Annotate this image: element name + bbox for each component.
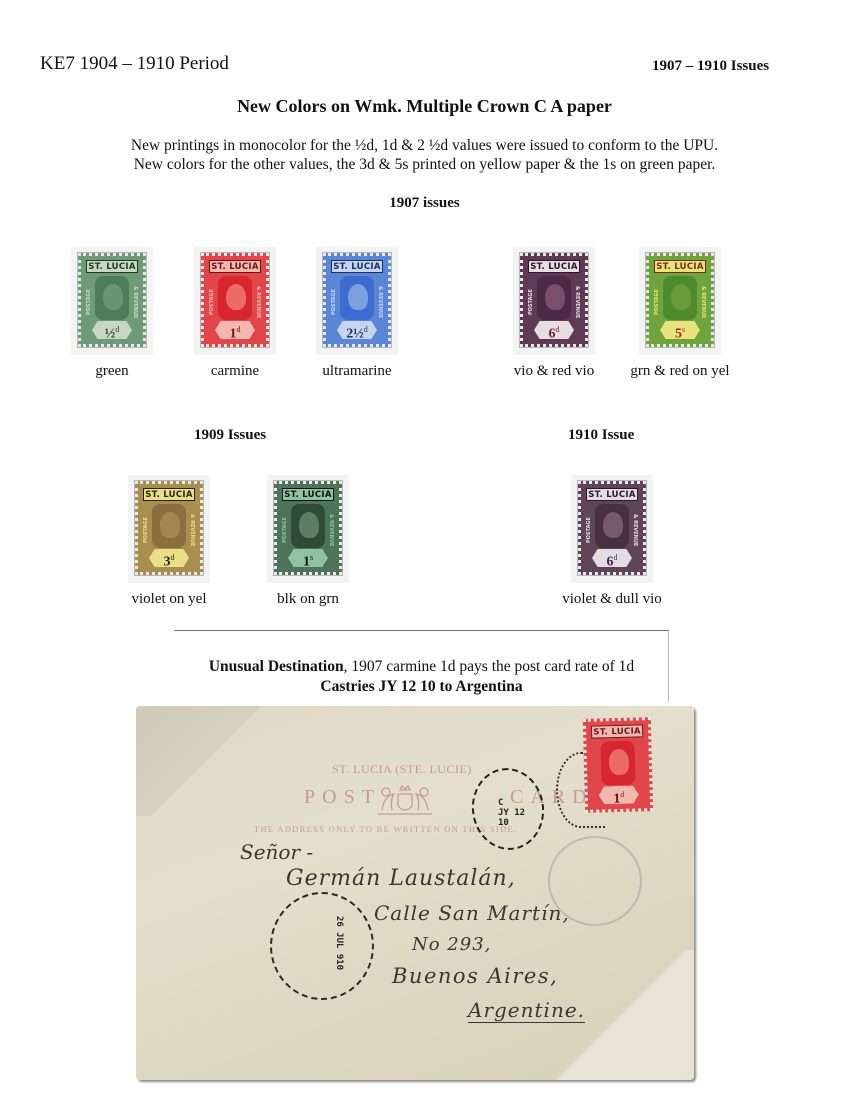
postcard-printed-post: POST [304,786,381,809]
stamp-country: ST. LUCIA [282,488,334,501]
castries-postmark-date: CJY 1210 [498,798,525,828]
stamp-side-left: POSTAGE [527,282,535,322]
king-portrait-icon [603,512,623,538]
stamp-image: ST. LUCIA POSTAGE & REVENUE ½d [78,253,146,347]
stamp-country: ST. LUCIA [654,260,706,273]
stamp-mount: ST. LUCIA POSTAGE & REVENUE 1d [194,247,276,355]
stamp-value: 1s [288,549,328,567]
intro-line-1: New printings in monocolor for the ½d, 1… [0,136,849,155]
annotation-line-2: Castries JY 12 10 to Argentina [174,678,669,696]
issues-range-label: 1907 – 1910 Issues [652,58,769,75]
stamp-image: ST. LUCIA 1d [583,717,653,813]
stamp-image: ST. LUCIA POSTAGE & REVENUE 1d [201,253,269,347]
stamp-country: ST. LUCIA [528,260,580,273]
stamp-image: ST. LUCIA POSTAGE & REVENUE 6d [578,481,646,575]
stamp-side-right: & REVENUE [699,282,707,322]
stamp-item: ST. LUCIA POSTAGE & REVENUE 1d carmine [185,247,285,380]
stamp-caption: carmine [185,363,285,380]
stamp-side-right: & REVENUE [376,282,384,322]
address-line: No 293, [412,934,491,955]
stamp-value: 6d [592,549,632,567]
stamp-side-left: POSTAGE [142,510,150,550]
stamp-caption: ultramarine [307,363,407,380]
intro-line-2: New colors for the other values, the 3d … [0,155,849,174]
stamp-side-right [637,746,646,786]
king-portrait-icon [609,749,630,776]
stamp-caption: blk on grn [258,591,358,608]
stamp-side-left [591,748,600,788]
page-title: New Colors on Wmk. Multiple Crown C A pa… [0,96,849,117]
stamp-item: ST. LUCIA POSTAGE & REVENUE 3d violet on… [119,475,219,608]
address-line: Calle San Martín, [374,901,570,925]
stamp-item: ST. LUCIA POSTAGE & REVENUE 2½d ultramar… [307,247,407,380]
stamp-mount: ST. LUCIA POSTAGE & REVENUE 2½d [316,247,398,355]
stamp-mount: ST. LUCIA POSTAGE & REVENUE 1s [267,475,349,583]
section-heading-1907: 1907 issues [0,195,849,212]
buenos-aires-arrival-postmark [270,892,374,1000]
postcard-image: ST. LUCIA (STE. LUCIE) POST CARD THE ADD… [136,706,694,1080]
page-period-title: KE7 1904 – 1910 Period [40,53,229,75]
stamp-mount: ST. LUCIA POSTAGE & REVENUE ½d [71,247,153,355]
address-line: Germán Laustalán, [286,866,516,891]
stamp-caption: violet & dull vio [562,591,662,608]
king-portrait-icon [348,284,368,310]
postcard-stamp: ST. LUCIA 1d [584,718,684,812]
stamp-value: 1d [599,785,639,804]
king-portrait-icon [545,284,565,310]
stamp-country: ST. LUCIA [331,260,383,273]
stamp-caption: grn & red on yel [630,363,730,380]
king-portrait-icon [671,284,691,310]
king-portrait-icon [160,512,180,538]
stamp-value: ½d [92,321,132,339]
stamp-side-left: POSTAGE [330,282,338,322]
king-portrait-icon [226,284,246,310]
stamp-image: ST. LUCIA POSTAGE & REVENUE 5s [646,253,714,347]
address-line: Argentine. [468,998,585,1023]
stamp-country: ST. LUCIA [86,260,138,273]
stamp-mount: ST. LUCIA POSTAGE & REVENUE 3d [128,475,210,583]
stamp-image: ST. LUCIA POSTAGE & REVENUE 2½d [323,253,391,347]
stamp-side-left: POSTAGE [653,282,661,322]
stamp-side-left: POSTAGE [208,282,216,322]
stamp-country: ST. LUCIA [209,260,261,273]
stamp-side-right: & REVENUE [573,282,581,322]
stamp-side-left: POSTAGE [585,510,593,550]
royal-arms-icon [374,780,436,820]
stamp-image: ST. LUCIA POSTAGE & REVENUE 1s [274,481,342,575]
stamp-side-right: & REVENUE [327,510,335,550]
king-portrait-icon [103,284,123,310]
stamp-mount: ST. LUCIA 1d [584,718,684,812]
postcard-fold-shading [136,706,276,816]
king-portrait-icon [299,512,319,538]
stamp-mount: ST. LUCIA POSTAGE & REVENUE 6d [513,247,595,355]
stamp-country: ST. LUCIA [591,724,643,738]
address-line: Señor - [240,840,313,864]
stamp-side-right: & REVENUE [188,510,196,550]
intro-text: New printings in monocolor for the ½d, 1… [0,136,849,174]
stamp-image: ST. LUCIA POSTAGE & REVENUE 6d [520,253,588,347]
stamp-side-right: & REVENUE [131,282,139,322]
stamp-value: 2½d [337,321,377,339]
annotation-line-1: Unusual Destination, 1907 carmine 1d pay… [174,658,669,676]
stamp-side-right: & REVENUE [254,282,262,322]
stamp-caption: violet on yel [119,591,219,608]
section-heading-1910: 1910 Issue [568,427,634,444]
stamp-side-left: POSTAGE [85,282,93,322]
arrival-postmark-date: 26 JUL 910 [334,916,344,970]
stamp-country: ST. LUCIA [586,488,638,501]
section-heading-1909: 1909 Issues [194,427,266,444]
stamp-value: 3d [149,549,189,567]
stamp-mount: ST. LUCIA POSTAGE & REVENUE 6d [571,475,653,583]
stamp-side-left: POSTAGE [281,510,289,550]
stamp-value: 5s [660,321,700,339]
annotation-rest: , 1907 carmine 1d pays the post card rat… [344,658,635,675]
stamp-item: ST. LUCIA POSTAGE & REVENUE 5s grn & red… [630,247,730,380]
address-line: Buenos Aires, [392,964,558,988]
stamp-caption: green [62,363,162,380]
postcard-printed-country: ST. LUCIA (STE. LUCIE) [332,762,472,777]
stamp-value: 6d [534,321,574,339]
stamp-item: ST. LUCIA POSTAGE & REVENUE 1s blk on gr… [258,475,358,608]
stamp-item: ST. LUCIA POSTAGE & REVENUE ½d green [62,247,162,380]
stamp-country: ST. LUCIA [143,488,195,501]
stamp-item: ST. LUCIA POSTAGE & REVENUE 6d vio & red… [504,247,604,380]
stamp-item: ST. LUCIA POSTAGE & REVENUE 6d violet & … [562,475,662,608]
stamp-side-right: & REVENUE [631,510,639,550]
stamp-value: 1d [215,321,255,339]
stamp-mount: ST. LUCIA POSTAGE & REVENUE 5s [639,247,721,355]
faint-transit-postmark [548,836,642,926]
stamp-image: ST. LUCIA POSTAGE & REVENUE 3d [135,481,203,575]
stamp-caption: vio & red vio [504,363,604,380]
annotation-bold: Unusual Destination [209,658,344,675]
